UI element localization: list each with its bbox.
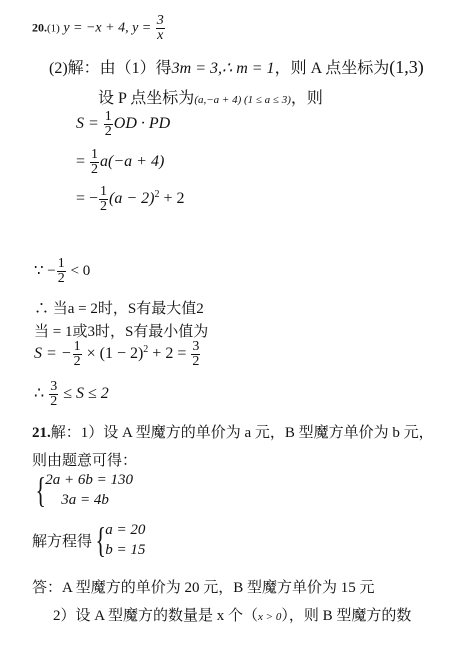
equation-system-1: {2a + 6b = 1303a = 4b	[32, 470, 133, 511]
point-a: (1,3)	[389, 57, 424, 77]
min-line: 当 = 1或3时，S有最小值为	[34, 320, 208, 341]
s-line-2: = 12a(−a + 4)	[76, 148, 164, 177]
range-line: ∴ 32 ≤ S ≤ 2	[34, 380, 109, 409]
q20-part1-eq: y = −x + 4, y =	[63, 21, 154, 36]
q20-part2-line2: 设 P 点坐标为(a,−a + 4) (1 ≤ a ≤ 3)，则	[98, 85, 323, 108]
q21-answer: 答：A 型魔方的单价为 20 元，B 型魔方单价为 15 元	[32, 576, 375, 597]
q21-line2: 则由题意可得：	[32, 449, 137, 470]
because-line: ∵ −12 < 0	[34, 257, 90, 286]
q20-part1-label: (1)	[47, 23, 60, 35]
q20-part2-line1: (2)解：由（1）得3m = 3,∴ m = 1，则 A 点坐标为(1,3)	[49, 55, 424, 78]
left-brace: {	[35, 472, 45, 508]
s-line-1: S = 12OD · PD	[76, 110, 170, 139]
q20-part1-fraction: 3x	[156, 14, 165, 43]
q21-part2: 2）设 A 型魔方的数量是 x 个（x > 0），则 B 型魔方的数	[53, 604, 411, 625]
max-line: ∴ 当a = 2时，S有最大值2	[34, 297, 204, 318]
q21-label: 21.	[32, 425, 51, 441]
q20-part1: 20.(1) y = −x + 4, y = 3x	[32, 14, 166, 43]
min-eq: S = −12 × (1 − 2)2 + 2 = 32	[34, 340, 201, 369]
left-brace: {	[95, 522, 105, 558]
q20-label: 20.	[32, 21, 47, 35]
s-line-3: = −12(a − 2)2 + 2	[76, 185, 185, 214]
solution-system: 解方程得{a = 20b = 15	[32, 520, 145, 561]
point-p: (a,−a + 4) (1 ≤ a ≤ 3)	[194, 94, 291, 106]
q21-line1: 21.解：1）设 A 型魔方的单价为 a 元，B 型魔方单价为 b 元，	[32, 421, 434, 442]
